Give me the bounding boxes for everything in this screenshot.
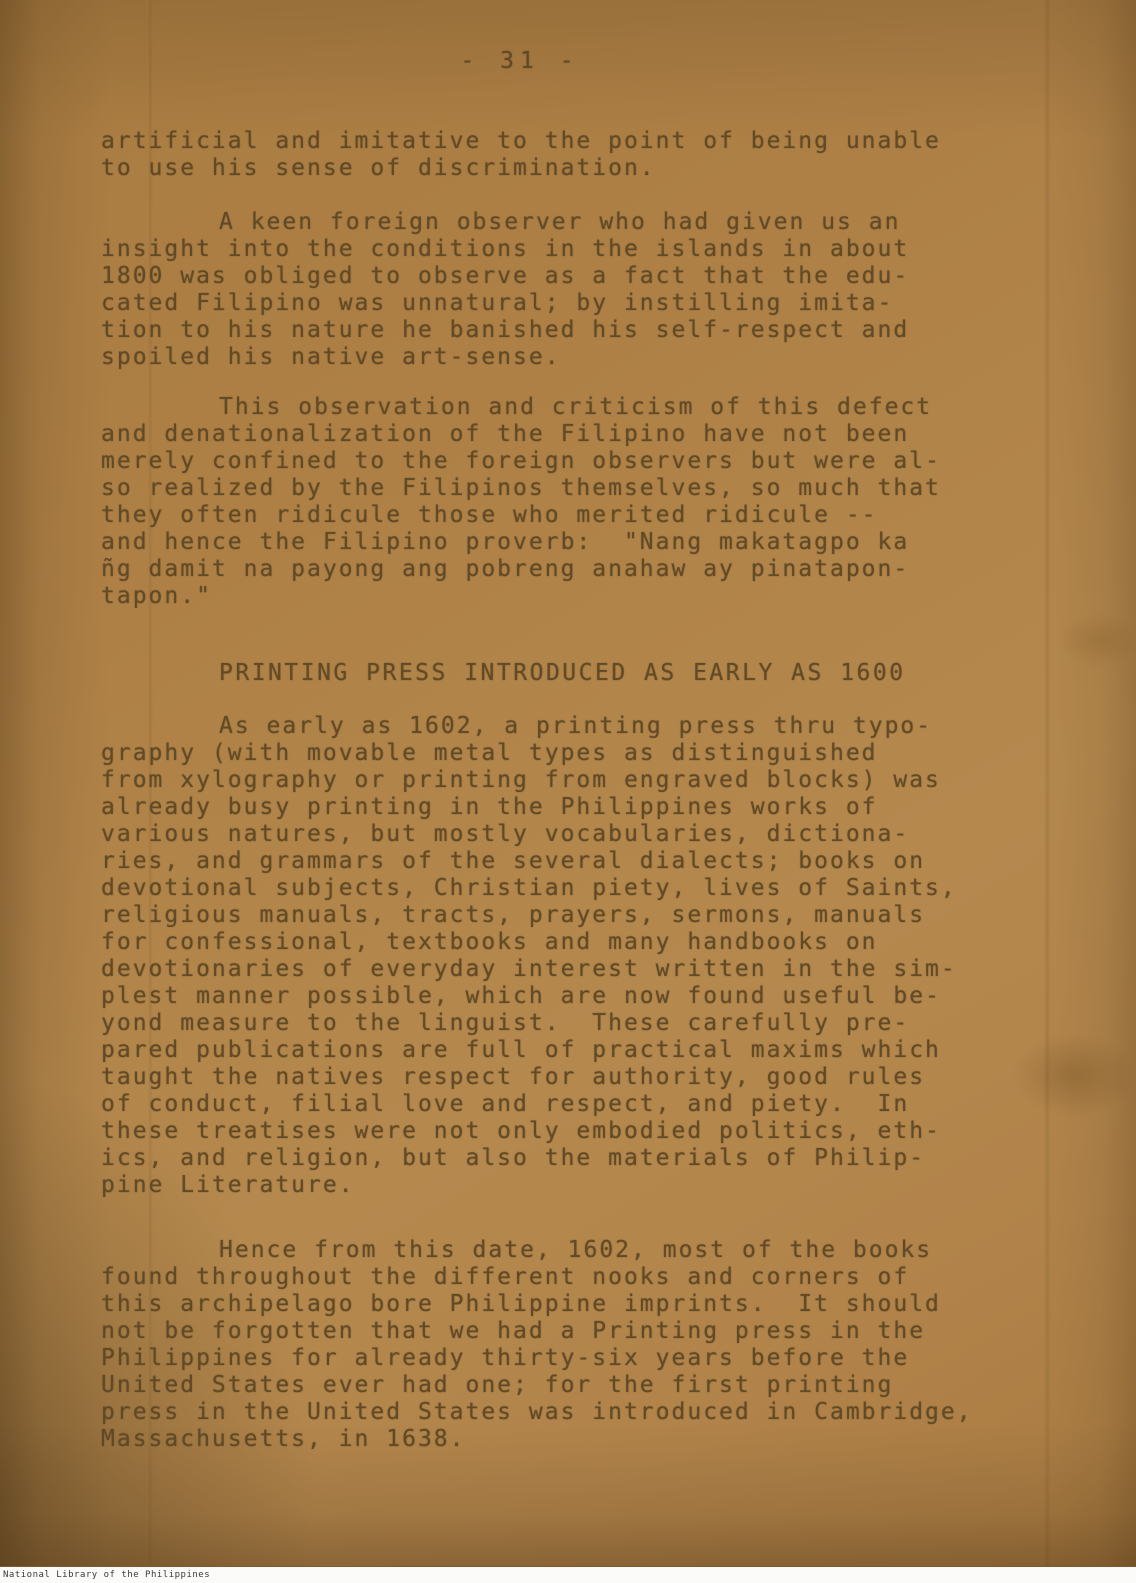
- paragraph-foreign-observer: A keen foreign observer who had given us…: [101, 209, 1136, 371]
- section-heading: PRINTING PRESS INTRODUCED AS EARLY AS 16…: [219, 660, 1136, 687]
- paragraph-printing-press: As early as 1602, a printing press thru …: [101, 713, 1136, 1199]
- scan-footer-bar: National Library of the Philippines: [0, 1566, 1136, 1583]
- text-column: artificial and imitative to the point of…: [0, 128, 1136, 1453]
- page-number: - 31 -: [0, 0, 1040, 75]
- library-attribution: National Library of the Philippines: [0, 1570, 210, 1580]
- scanned-document-page: - 31 - artificial and imitative to the p…: [0, 0, 1136, 1583]
- paragraph-observation-criticism: This observation and criticism of this d…: [101, 394, 1136, 610]
- paragraph-hence-from-date: Hence from this date, 1602, most of the …: [101, 1237, 1136, 1453]
- paragraph-continuation: artificial and imitative to the point of…: [101, 128, 1136, 182]
